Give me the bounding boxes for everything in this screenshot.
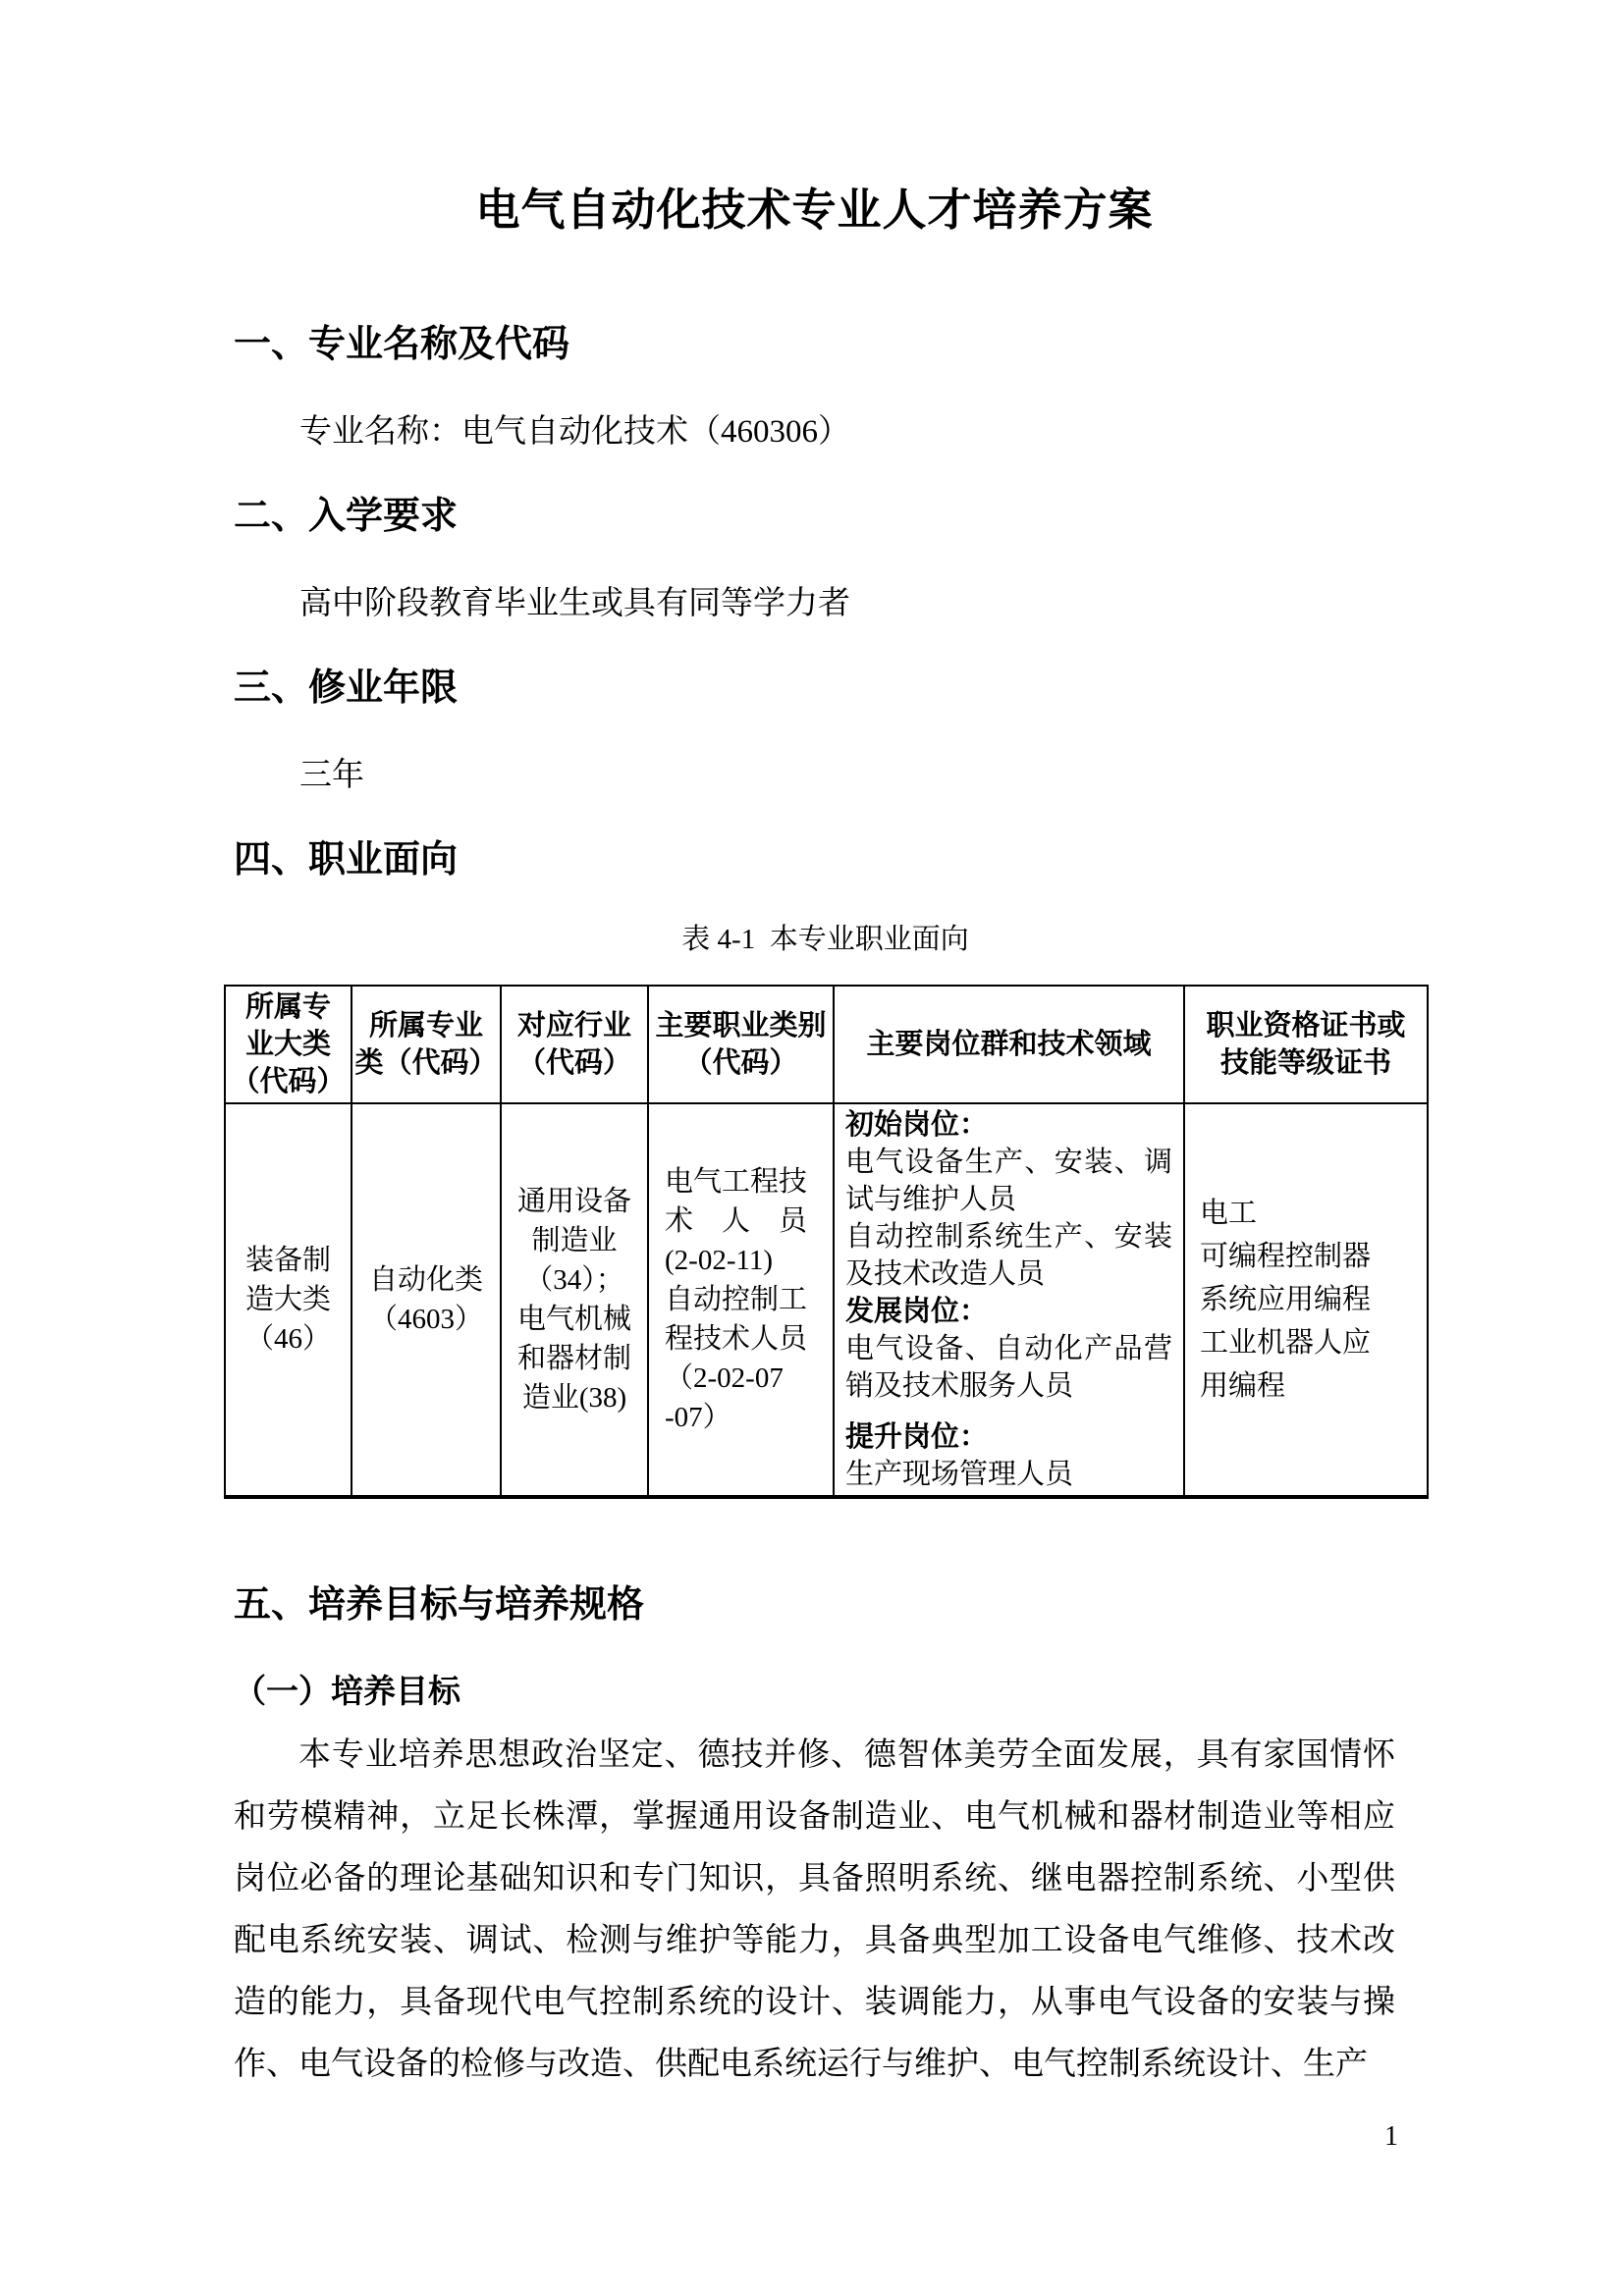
initial-position-item: 电气设备生产、安装、调试与维护人员 xyxy=(845,1144,1172,1218)
cell-industries: 通用设备 制造业 （34）； 电气机械 和器材制 造业(38) xyxy=(501,1103,648,1497)
section-heading-2: 二、入学要求 xyxy=(234,493,1395,540)
document-page: 电气自动化技术专业人才培养方案 一、专业名称及代码 专业名称：电气自动化技术（4… xyxy=(0,0,1624,2296)
col-header-certificates: 职业资格证书或 技能等级证书 xyxy=(1184,986,1428,1103)
document-title: 电气自动化技术专业人才培养方案 xyxy=(234,182,1395,239)
training-goal-paragraph: 本专业培养思想政治坚定、德技并修、德智体美劳全面发展，具有家国情怀和劳模精神，立… xyxy=(234,1725,1395,2096)
promotion-position-item: 生产现场管理人员 xyxy=(845,1456,1172,1493)
subsection-heading-training-goal: （一）培养目标 xyxy=(234,1670,1395,1713)
section-heading-1: 一、专业名称及代码 xyxy=(234,321,1395,368)
entry-requirement-text: 高中阶段教育毕业生或具有同等学力者 xyxy=(299,583,1395,624)
initial-positions-label: 初始岗位： xyxy=(845,1106,1172,1144)
col-header-industry: 对应行业 （代码） xyxy=(501,986,648,1103)
promotion-positions-label: 提升岗位： xyxy=(845,1418,1172,1456)
study-duration-text: 三年 xyxy=(299,755,1395,796)
initial-position-item: 自动控制系统生产、安装及技术改造人员 xyxy=(845,1218,1172,1293)
cell-major-class: 自动化类 （4603） xyxy=(352,1103,501,1497)
page-number: 1 xyxy=(1384,2120,1398,2154)
cell-positions: 初始岗位： 电气设备生产、安装、调试与维护人员 自动控制系统生产、安装及技术改造… xyxy=(834,1103,1184,1497)
table-header-row: 所属专 业大类 （代码） 所属专业 类（代码） 对应行业 （代码） 主要职业类别… xyxy=(225,986,1428,1103)
cell-occupations: 电气工程技 术 人 员 (2-02-11) 自动控制工 程技术人员 （2-02-… xyxy=(648,1103,834,1497)
col-header-major-category: 所属专 业大类 （代码） xyxy=(225,986,352,1103)
development-position-item: 电气设备、自动化产品营销及技术服务人员 xyxy=(845,1330,1172,1405)
col-header-major-class: 所属专业 类（代码） xyxy=(352,986,501,1103)
development-positions-label: 发展岗位： xyxy=(845,1293,1172,1330)
section-heading-5: 五、培养目标与培养规格 xyxy=(234,1581,1395,1629)
cell-major-category: 装备制 造大类 （46） xyxy=(225,1103,352,1497)
major-name-text: 专业名称：电气自动化技术（460306） xyxy=(299,411,1395,453)
table-caption: 表 4-1 本专业职业面向 xyxy=(224,921,1427,958)
table-row: 装备制 造大类 （46） 自动化类 （4603） 通用设备 制造业 （34）； … xyxy=(225,1103,1428,1497)
section-heading-4: 四、职业面向 xyxy=(234,836,1395,883)
col-header-occupation-category: 主要职业类别 （代码） xyxy=(648,986,834,1103)
career-orientation-table: 所属专 业大类 （代码） 所属专业 类（代码） 对应行业 （代码） 主要职业类别… xyxy=(224,985,1429,1499)
cell-certificates: 电工 可编程控制器系统应用编程 工业机器人应用编程 xyxy=(1184,1103,1428,1497)
section-heading-3: 三、修业年限 xyxy=(234,665,1395,712)
col-header-position-group: 主要岗位群和技术领域 xyxy=(834,986,1184,1103)
